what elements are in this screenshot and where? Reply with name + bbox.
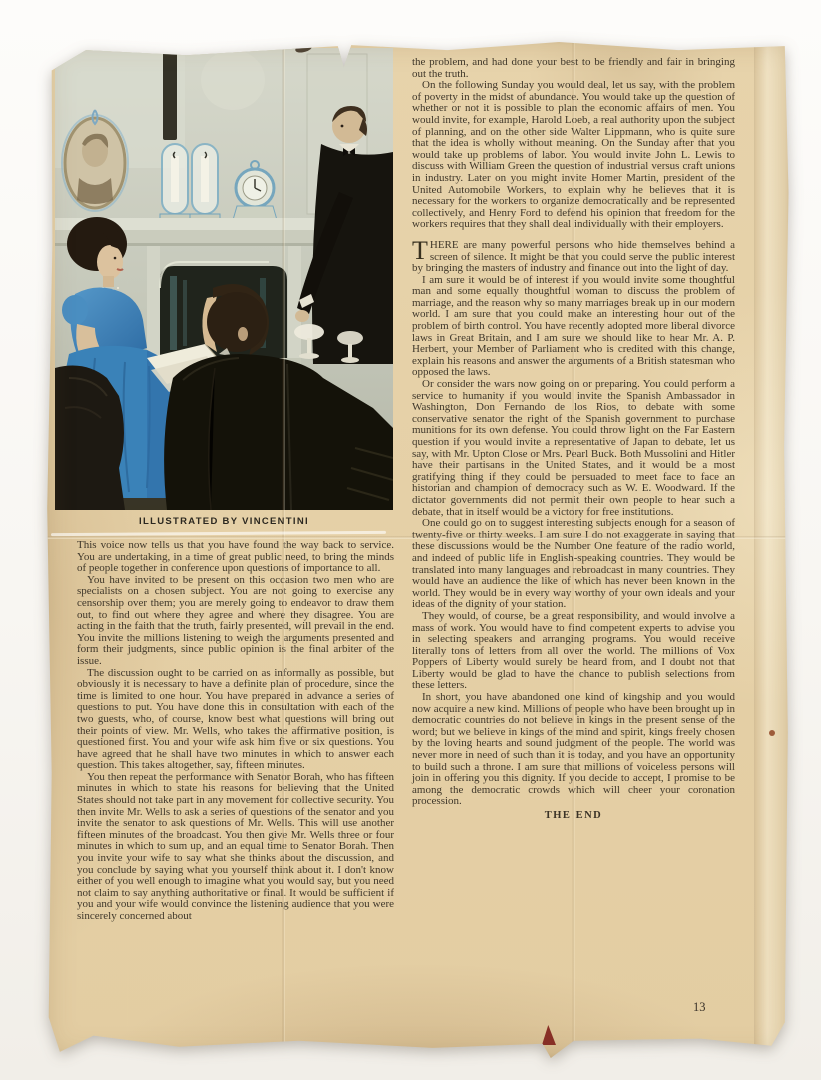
paragraph: They would, of course, be a great respon…	[412, 611, 735, 692]
paragraph: the problem, and had done your best to b…	[412, 57, 735, 80]
fold-glare-line	[51, 531, 386, 536]
illustration-drawing	[55, 48, 393, 510]
page-number: 13	[693, 1000, 727, 1015]
left-column: This voice now tells us that you have fo…	[77, 540, 394, 923]
paragraph: You have invited to be present on this o…	[77, 575, 394, 668]
scan-background: { "page": { "number": "13", "the_end": "…	[0, 0, 821, 1080]
red-stain-dot	[769, 730, 775, 736]
smoke-swirl	[201, 50, 265, 110]
paragraph: The discussion ought to be carried on as…	[77, 668, 394, 772]
paragraph: One could go on to suggest interesting s…	[412, 518, 735, 611]
paragraph: You then repeat the performance with Sen…	[77, 772, 394, 923]
drop-cap: T	[412, 240, 430, 261]
dark-bar	[163, 48, 177, 140]
page-shadow-wrap: ILLUSTRATED BY VINCENTINI This voice now…	[45, 40, 790, 1058]
paragraph: On the following Sunday you would deal, …	[412, 80, 735, 231]
red-tear-mark	[542, 1025, 556, 1045]
the-end-label: THE END	[412, 810, 735, 822]
illustration-caption: ILLUSTRATED BY VINCENTINI	[55, 516, 393, 527]
paragraph: This voice now tells us that you have fo…	[77, 540, 394, 575]
paragraph: Or consider the wars now going on or pre…	[412, 379, 735, 518]
right-column: the problem, and had done your best to b…	[412, 57, 735, 822]
paragraph: I am sure it would be of interest if you…	[412, 275, 735, 379]
magazine-page: ILLUSTRATED BY VINCENTINI This voice now…	[45, 40, 790, 1058]
right-edge-band	[754, 40, 790, 1058]
magazine-illustration	[55, 48, 393, 510]
dropcap-paragraph-text: HERE are many powerful persons who hide …	[412, 239, 735, 274]
paragraph: In short, you have abandoned one kind of…	[412, 692, 735, 808]
paragraph-with-dropcap: THERE are many powerful persons who hide…	[412, 240, 735, 275]
